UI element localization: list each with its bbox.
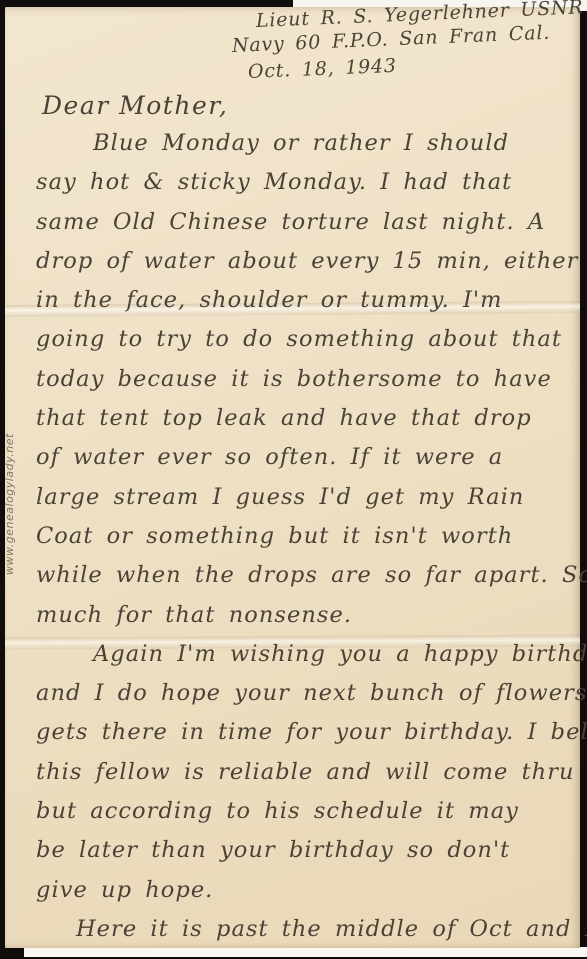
letter-line: Blue Monday or rather I should xyxy=(36,124,582,163)
letter-line: Coat or something but it isn't worth xyxy=(36,517,582,556)
date-line: Oct. 18, 1943 xyxy=(248,55,398,83)
letter-line: going to try to do something about that xyxy=(36,320,582,359)
letter-line: while when the drops are so far apart. S… xyxy=(36,556,582,595)
letter-line: much for that nonsense. xyxy=(36,596,582,635)
letter-line: Here it is past the middle of Oct and I'… xyxy=(36,910,582,949)
letter-line: say hot & sticky Monday. I had that xyxy=(36,163,582,202)
letter-line: be later than your birthday so don't xyxy=(36,831,582,870)
letter-line: today because it is bothersome to have xyxy=(36,360,582,399)
letter-line: of water ever so often. If it were a xyxy=(36,438,582,477)
letter-line: this fellow is reliable and will come th… xyxy=(36,753,582,792)
letter-line: Again I'm wishing you a happy birthday xyxy=(36,635,582,674)
letter-line: large stream I guess I'd get my Rain xyxy=(36,478,582,517)
letter-line: give up hope. xyxy=(36,871,582,910)
letter-line: same Old Chinese torture last night. A xyxy=(36,203,582,242)
letter-page: www.genealogylady.net Lieut R. S. Yegerl… xyxy=(5,7,580,948)
letter-line: but according to his schedule it may xyxy=(36,792,582,831)
letter-line: in the face, shoulder or tummy. I'm xyxy=(36,281,582,320)
letter-line: and I do hope your next bunch of flowers xyxy=(36,674,582,713)
watermark: www.genealogylady.net xyxy=(3,390,16,575)
salutation: Dear Mother, xyxy=(42,91,228,120)
letter-line: drop of water about every 15 min, either xyxy=(36,242,582,281)
letter-line: that tent top leak and have that drop xyxy=(36,399,582,438)
letter-line: gets there in time for your birthday. I … xyxy=(36,713,582,752)
letter-body: Blue Monday or rather I should say hot &… xyxy=(36,124,582,949)
